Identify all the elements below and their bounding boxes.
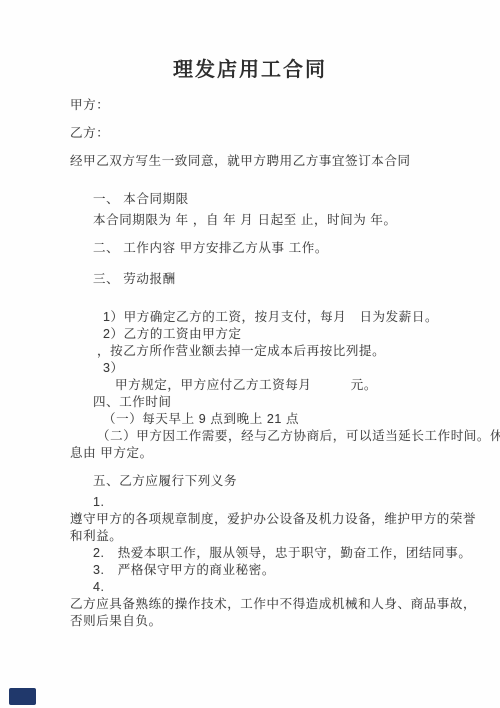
contract-line: 和利益。 <box>70 528 442 545</box>
document-title: 理发店用工合同 <box>64 56 436 84</box>
contract-line: 否则后果自负。 <box>70 613 442 630</box>
contract-line: 本合同期限为 年 ，自 年 月 日起至 止，时间为 年。 <box>93 212 442 229</box>
contract-line: 3. 严格保守甲方的商业秘密。 <box>93 562 442 579</box>
contract-line: 甲方： <box>70 97 442 114</box>
contract-line: 甲方规定，甲方应付乙方工资每月 元。 <box>115 377 442 394</box>
contract-line: 1）甲方确定乙方的工资，按月支付，每月 日为发薪日。 <box>103 309 442 326</box>
contract-line: 五、乙方应履行下列义务 <box>93 473 442 490</box>
contract-line: 经甲乙双方写生一致同意，就甲方聘用乙方事宜签订本合同 <box>70 153 442 170</box>
contract-line: 遵守甲方的各项规章制度，爱护办公设备及机力设备，维护甲方的荣誉 <box>70 511 442 528</box>
document-body: 甲方：乙方：经甲乙双方写生一致同意，就甲方聘用乙方事宜签订本合同一、 本合同期限… <box>70 97 442 630</box>
contract-line: 乙方： <box>70 125 442 142</box>
contract-line: 1. <box>93 494 442 511</box>
document-page: 理发店用工合同 甲方：乙方：经甲乙双方写生一致同意，就甲方聘用乙方事宜签订本合同… <box>0 0 500 708</box>
contract-line: 4. <box>93 579 442 596</box>
contract-line: 2）乙方的工资由甲方定 <box>103 326 442 343</box>
contract-line: 息由 甲方定。 <box>70 445 442 462</box>
contract-line: （一）每天早上 9 点到晚上 21 点 <box>103 411 442 428</box>
contract-line: 3） <box>103 360 442 377</box>
corner-mark <box>9 688 36 705</box>
contract-line: ，按乙方所作营业额去掉一定成本后再按比列提。 <box>97 343 442 360</box>
contract-line: 二、 工作内容 甲方安排乙方从事 工作。 <box>93 240 442 257</box>
contract-line: 2. 热爱本职工作，服从领导，忠于职守，勤奋工作，团结同事。 <box>93 545 442 562</box>
contract-line: 乙方应具备熟练的操作技术，工作中不得造成机械和人身、商品事故， <box>70 596 442 613</box>
contract-line: 一、 本合同期限 <box>93 191 442 208</box>
contract-line: （二）甲方因工作需要，经与乙方协商后，可以适当延长工作时间。休 <box>97 428 442 445</box>
contract-line: 三、 劳动报酬 <box>93 271 442 288</box>
contract-line: 四、工作时间 <box>93 394 442 411</box>
